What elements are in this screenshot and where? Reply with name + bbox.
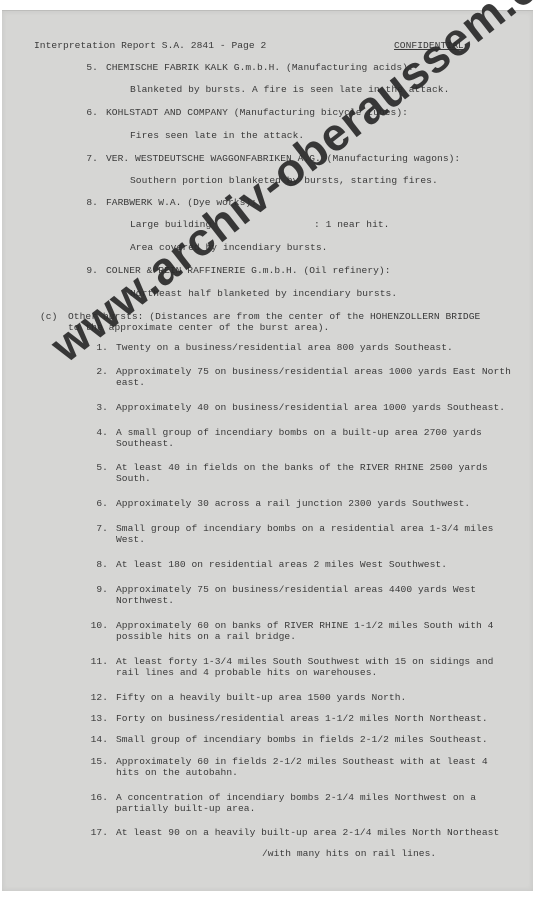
burst-text: Approximately 40 on business/residential… [116,402,505,413]
target-number: 9. [68,265,98,276]
target-number: 5. [68,62,98,73]
target-detail: Large building [130,219,211,230]
burst-number: 7. [78,523,108,534]
burst-text: Approximately 60 on banks of RIVER RHINE… [116,620,493,631]
target-number: 7. [68,153,98,164]
target-name: VER. WESTDEUTSCHE WAGGONFABRIKEN A.G. (M… [106,153,460,164]
burst-text: Fifty on a heavily built-up area 1500 ya… [116,692,406,703]
target-name: CHEMISCHE FABRIK KALK G.m.b.H. (Manufact… [106,62,414,73]
burst-number: 3. [78,402,108,413]
burst-text: Small group of incendiary bombs on a res… [116,523,493,534]
target-detail: Area covered by incendiary bursts. [130,242,327,253]
burst-text: Southeast. [116,438,174,449]
target-detail: Southern portion blanketed by bursts, st… [130,175,438,186]
target-detail-value: : 1 near hit. [314,219,390,230]
burst-number: 11. [78,656,108,667]
classification-label: CONFIDENTIAL [394,40,464,51]
burst-number: 15. [78,756,108,767]
burst-number: 16. [78,792,108,803]
handwritten-addition: /with many hits on rail lines. [262,848,436,859]
burst-text: possible hits on a rail bridge. [116,631,296,642]
burst-number: 13. [78,713,108,724]
target-name: FARBWERK W.A. (Dye works): [106,197,257,208]
target-detail: Northeast half blanketed by incendiary b… [130,288,397,299]
target-name: KOHLSTADT AND COMPANY (Manufacturing bic… [106,107,408,118]
burst-text: Approximately 60 in fields 2-1/2 miles S… [116,756,488,767]
burst-text: A small group of incendiary bombs on a b… [116,427,482,438]
document-page: Interpretation Report S.A. 2841 - Page 2… [2,10,533,891]
burst-text: At least 40 in fields on the banks of th… [116,462,488,473]
burst-text: Forty on business/residential areas 1-1/… [116,713,488,724]
burst-text: Approximately 30 across a rail junction … [116,498,470,509]
burst-number: 1. [78,342,108,353]
burst-text: Northwest. [116,595,174,606]
burst-text: At least 90 on a heavily built-up area 2… [116,827,499,838]
burst-text: At least forty 1-3/4 miles South Southwe… [116,656,493,667]
burst-number: 4. [78,427,108,438]
burst-number: 17. [78,827,108,838]
burst-number: 12. [78,692,108,703]
section-intro: Other bursts: (Distances are from the ce… [68,311,480,322]
target-detail: Blanketed by bursts. A fire is seen late… [130,84,449,95]
burst-text: South. [116,473,151,484]
burst-text: West. [116,534,145,545]
burst-number: 2. [78,366,108,377]
target-number: 8. [68,197,98,208]
burst-number: 14. [78,734,108,745]
burst-text: At least 180 on residential areas 2 mile… [116,559,447,570]
burst-number: 5. [78,462,108,473]
burst-text: Approximately 75 on business/residential… [116,366,511,377]
burst-text: Twenty on a business/residential area 80… [116,342,453,353]
report-title: Interpretation Report S.A. 2841 - Page 2 [34,40,266,51]
burst-text: Small group of incendiary bombs in field… [116,734,488,745]
section-label: (c) [40,311,57,322]
burst-number: 6. [78,498,108,509]
section-intro: to the approximate center of the burst a… [68,322,329,333]
target-detail: Fires seen late in the attack. [130,130,304,141]
burst-text: hits on the autobahn. [116,767,238,778]
target-number: 6. [68,107,98,118]
burst-number: 8. [78,559,108,570]
burst-text: Approximately 75 on business/residential… [116,584,476,595]
burst-number: 9. [78,584,108,595]
target-name: COLNER & REIN RAFFINERIE G.m.b.H. (Oil r… [106,265,391,276]
burst-text: A concentration of incendiary bombs 2-1/… [116,792,476,803]
burst-text: rail lines and 4 probable hits on wareho… [116,667,377,678]
burst-text: partially built-up area. [116,803,255,814]
burst-number: 10. [78,620,108,631]
burst-text: east. [116,377,145,388]
